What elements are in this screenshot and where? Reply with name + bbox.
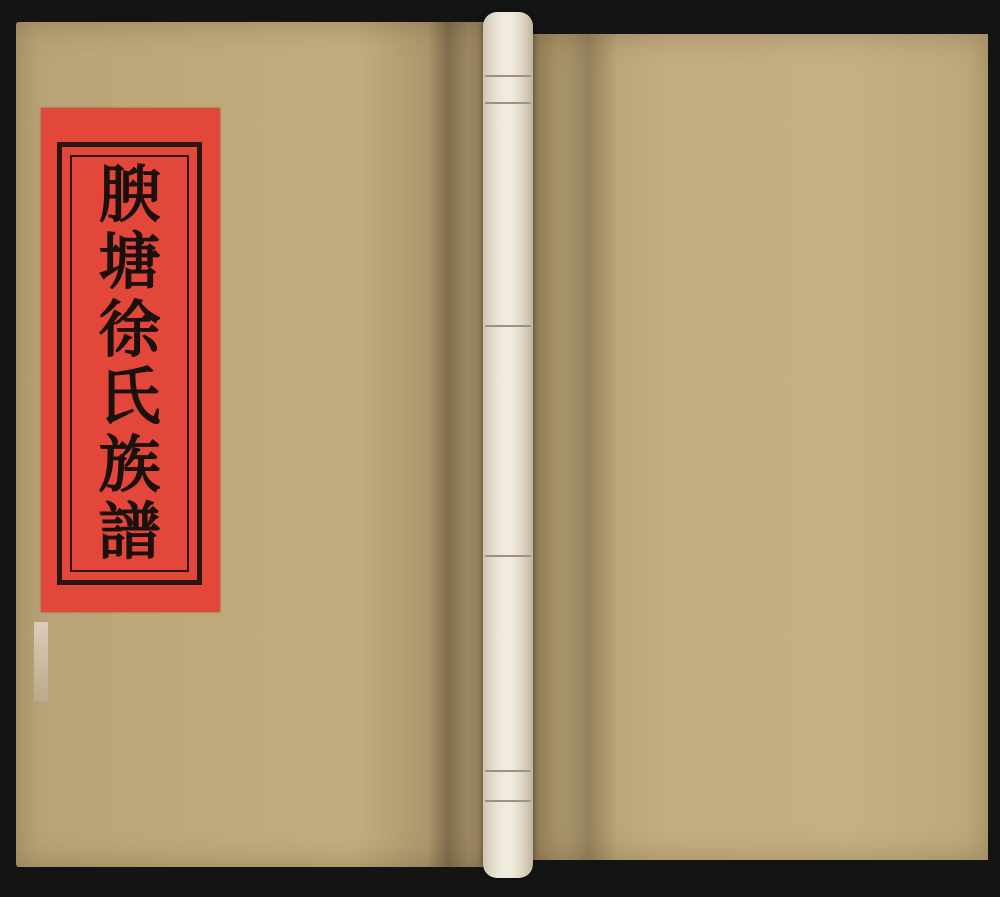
book-spine [483,12,533,878]
book-photo: 腴 塘 徐 氏 族 譜 [0,0,1000,897]
title-char-4: 氏 [98,366,160,428]
label-inner-frame: 腴 塘 徐 氏 族 譜 [70,155,189,572]
title-label: 腴 塘 徐 氏 族 譜 [41,108,220,612]
spine-stitch [485,102,531,104]
title-char-2: 塘 [98,231,160,293]
cover-wear-mark [34,622,48,702]
label-frame: 腴 塘 徐 氏 族 譜 [57,142,202,585]
title-char-1: 腴 [98,164,160,226]
back-cover [528,34,988,860]
title-char-3: 徐 [98,299,160,361]
spine-stitch [485,75,531,77]
spine-stitch [485,770,531,772]
spine-stitch [485,800,531,802]
title-char-5: 族 [98,434,160,496]
spine-stitch [485,555,531,557]
title-char-6: 譜 [98,501,160,563]
spine-stitch [485,325,531,327]
